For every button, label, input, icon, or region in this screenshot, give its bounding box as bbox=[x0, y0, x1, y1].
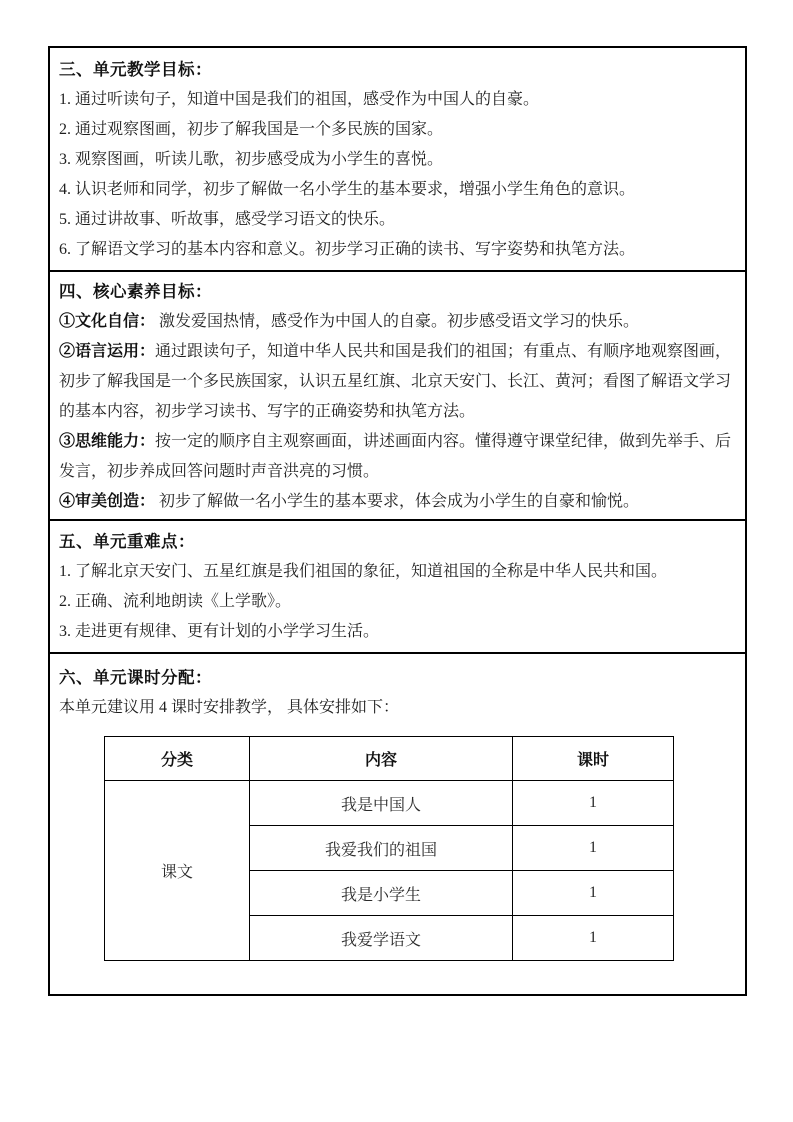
literacy-item: ①文化自信： 激发爱国热情，感受作为中国人的自豪。初步感受语文学习的快乐。 bbox=[59, 307, 735, 337]
objective-item: 3. 观察图画，听读儿歌，初步感受成为小学生的喜悦。 bbox=[59, 145, 735, 175]
literacy-text: 激发爱国热情，感受作为中国人的自豪。初步感受语文学习的快乐。 bbox=[155, 313, 639, 330]
objective-item: 5. 通过讲故事、听故事，感受学习语文的快乐。 bbox=[59, 205, 735, 235]
category-cell: 课文 bbox=[105, 781, 250, 961]
hours-cell: 1 bbox=[513, 916, 674, 961]
keypoint-item: 2. 正确、流利地朗读《上学歌》。 bbox=[59, 587, 735, 617]
section-unit-teaching-objectives: 三、单元教学目标： 1. 通过听读句子，知道中国是我们的祖国，感受作为中国人的自… bbox=[50, 48, 745, 272]
keypoint-item: 1. 了解北京天安门、五星红旗是我们祖国的象征，知道祖国的全称是中华人民共和国。 bbox=[59, 557, 735, 587]
section-lesson-hour-allocation: 六、单元课时分配： 本单元建议用 4 课时安排教学， 具体安排如下： 分类 内容… bbox=[50, 654, 745, 994]
content-cell: 我是中国人 bbox=[250, 781, 513, 826]
hours-cell: 1 bbox=[513, 781, 674, 826]
col-header-content: 内容 bbox=[250, 737, 513, 781]
literacy-text: 通过跟读句子，知道中华人民共和国是我们的祖国；有重点、有顺序地观察图画，初步了解… bbox=[59, 343, 731, 420]
literacy-label: ①文化自信： bbox=[59, 313, 155, 330]
objective-item: 4. 认识老师和同学，初步了解做一名小学生的基本要求，增强小学生角色的意识。 bbox=[59, 175, 735, 205]
section-title: 五、单元重难点： bbox=[59, 527, 735, 557]
section-title: 三、单元教学目标： bbox=[59, 55, 735, 85]
section-title: 六、单元课时分配： bbox=[59, 663, 735, 693]
document-box: 三、单元教学目标： 1. 通过听读句子，知道中国是我们的祖国，感受作为中国人的自… bbox=[48, 46, 747, 996]
lesson-hours-table: 分类 内容 课时 课文 我是中国人 1 我爱我们的祖国 1 bbox=[104, 736, 674, 961]
literacy-label: ③思维能力： bbox=[59, 433, 155, 450]
objective-item: 6. 了解语文学习的基本内容和意义。初步学习正确的读书、写字姿势和执笔方法。 bbox=[59, 235, 735, 265]
section-unit-key-points: 五、单元重难点： 1. 了解北京天安门、五星红旗是我们祖国的象征，知道祖国的全称… bbox=[50, 521, 745, 654]
literacy-text: 初步了解做一名小学生的基本要求，体会成为小学生的自豪和愉悦。 bbox=[155, 493, 639, 510]
col-header-hours: 课时 bbox=[513, 737, 674, 781]
literacy-item: ②语言运用：通过跟读句子，知道中华人民共和国是我们的祖国；有重点、有顺序地观察图… bbox=[59, 337, 735, 427]
literacy-item: ③思维能力：按一定的顺序自主观察画面，讲述画面内容。懂得遵守课堂纪律，做到先举手… bbox=[59, 427, 735, 487]
objective-item: 2. 通过观察图画，初步了解我国是一个多民族的国家。 bbox=[59, 115, 735, 145]
literacy-text: 按一定的顺序自主观察画面，讲述画面内容。懂得遵守课堂纪律，做到先举手、后发言，初… bbox=[59, 433, 731, 480]
hours-cell: 1 bbox=[513, 826, 674, 871]
objective-item: 1. 通过听读句子，知道中国是我们的祖国，感受作为中国人的自豪。 bbox=[59, 85, 735, 115]
keypoint-item: 3. 走进更有规律、更有计划的小学学习生活。 bbox=[59, 617, 735, 647]
hours-cell: 1 bbox=[513, 871, 674, 916]
page: 三、单元教学目标： 1. 通过听读句子，知道中国是我们的祖国，感受作为中国人的自… bbox=[0, 0, 793, 1122]
content-cell: 我爱学语文 bbox=[250, 916, 513, 961]
allocation-intro: 本单元建议用 4 课时安排教学， 具体安排如下： bbox=[59, 693, 735, 723]
col-header-category: 分类 bbox=[105, 737, 250, 781]
section-title: 四、核心素养目标： bbox=[59, 277, 735, 307]
literacy-label: ②语言运用： bbox=[59, 343, 155, 360]
table-header-row: 分类 内容 课时 bbox=[105, 737, 674, 781]
content-cell: 我爱我们的祖国 bbox=[250, 826, 513, 871]
literacy-item: ④审美创造： 初步了解做一名小学生的基本要求，体会成为小学生的自豪和愉悦。 bbox=[59, 487, 735, 517]
table-row: 课文 我是中国人 1 bbox=[105, 781, 674, 826]
content-cell: 我是小学生 bbox=[250, 871, 513, 916]
section-core-literacy-objectives: 四、核心素养目标： ①文化自信： 激发爱国热情，感受作为中国人的自豪。初步感受语… bbox=[50, 272, 745, 521]
literacy-label: ④审美创造： bbox=[59, 493, 155, 510]
